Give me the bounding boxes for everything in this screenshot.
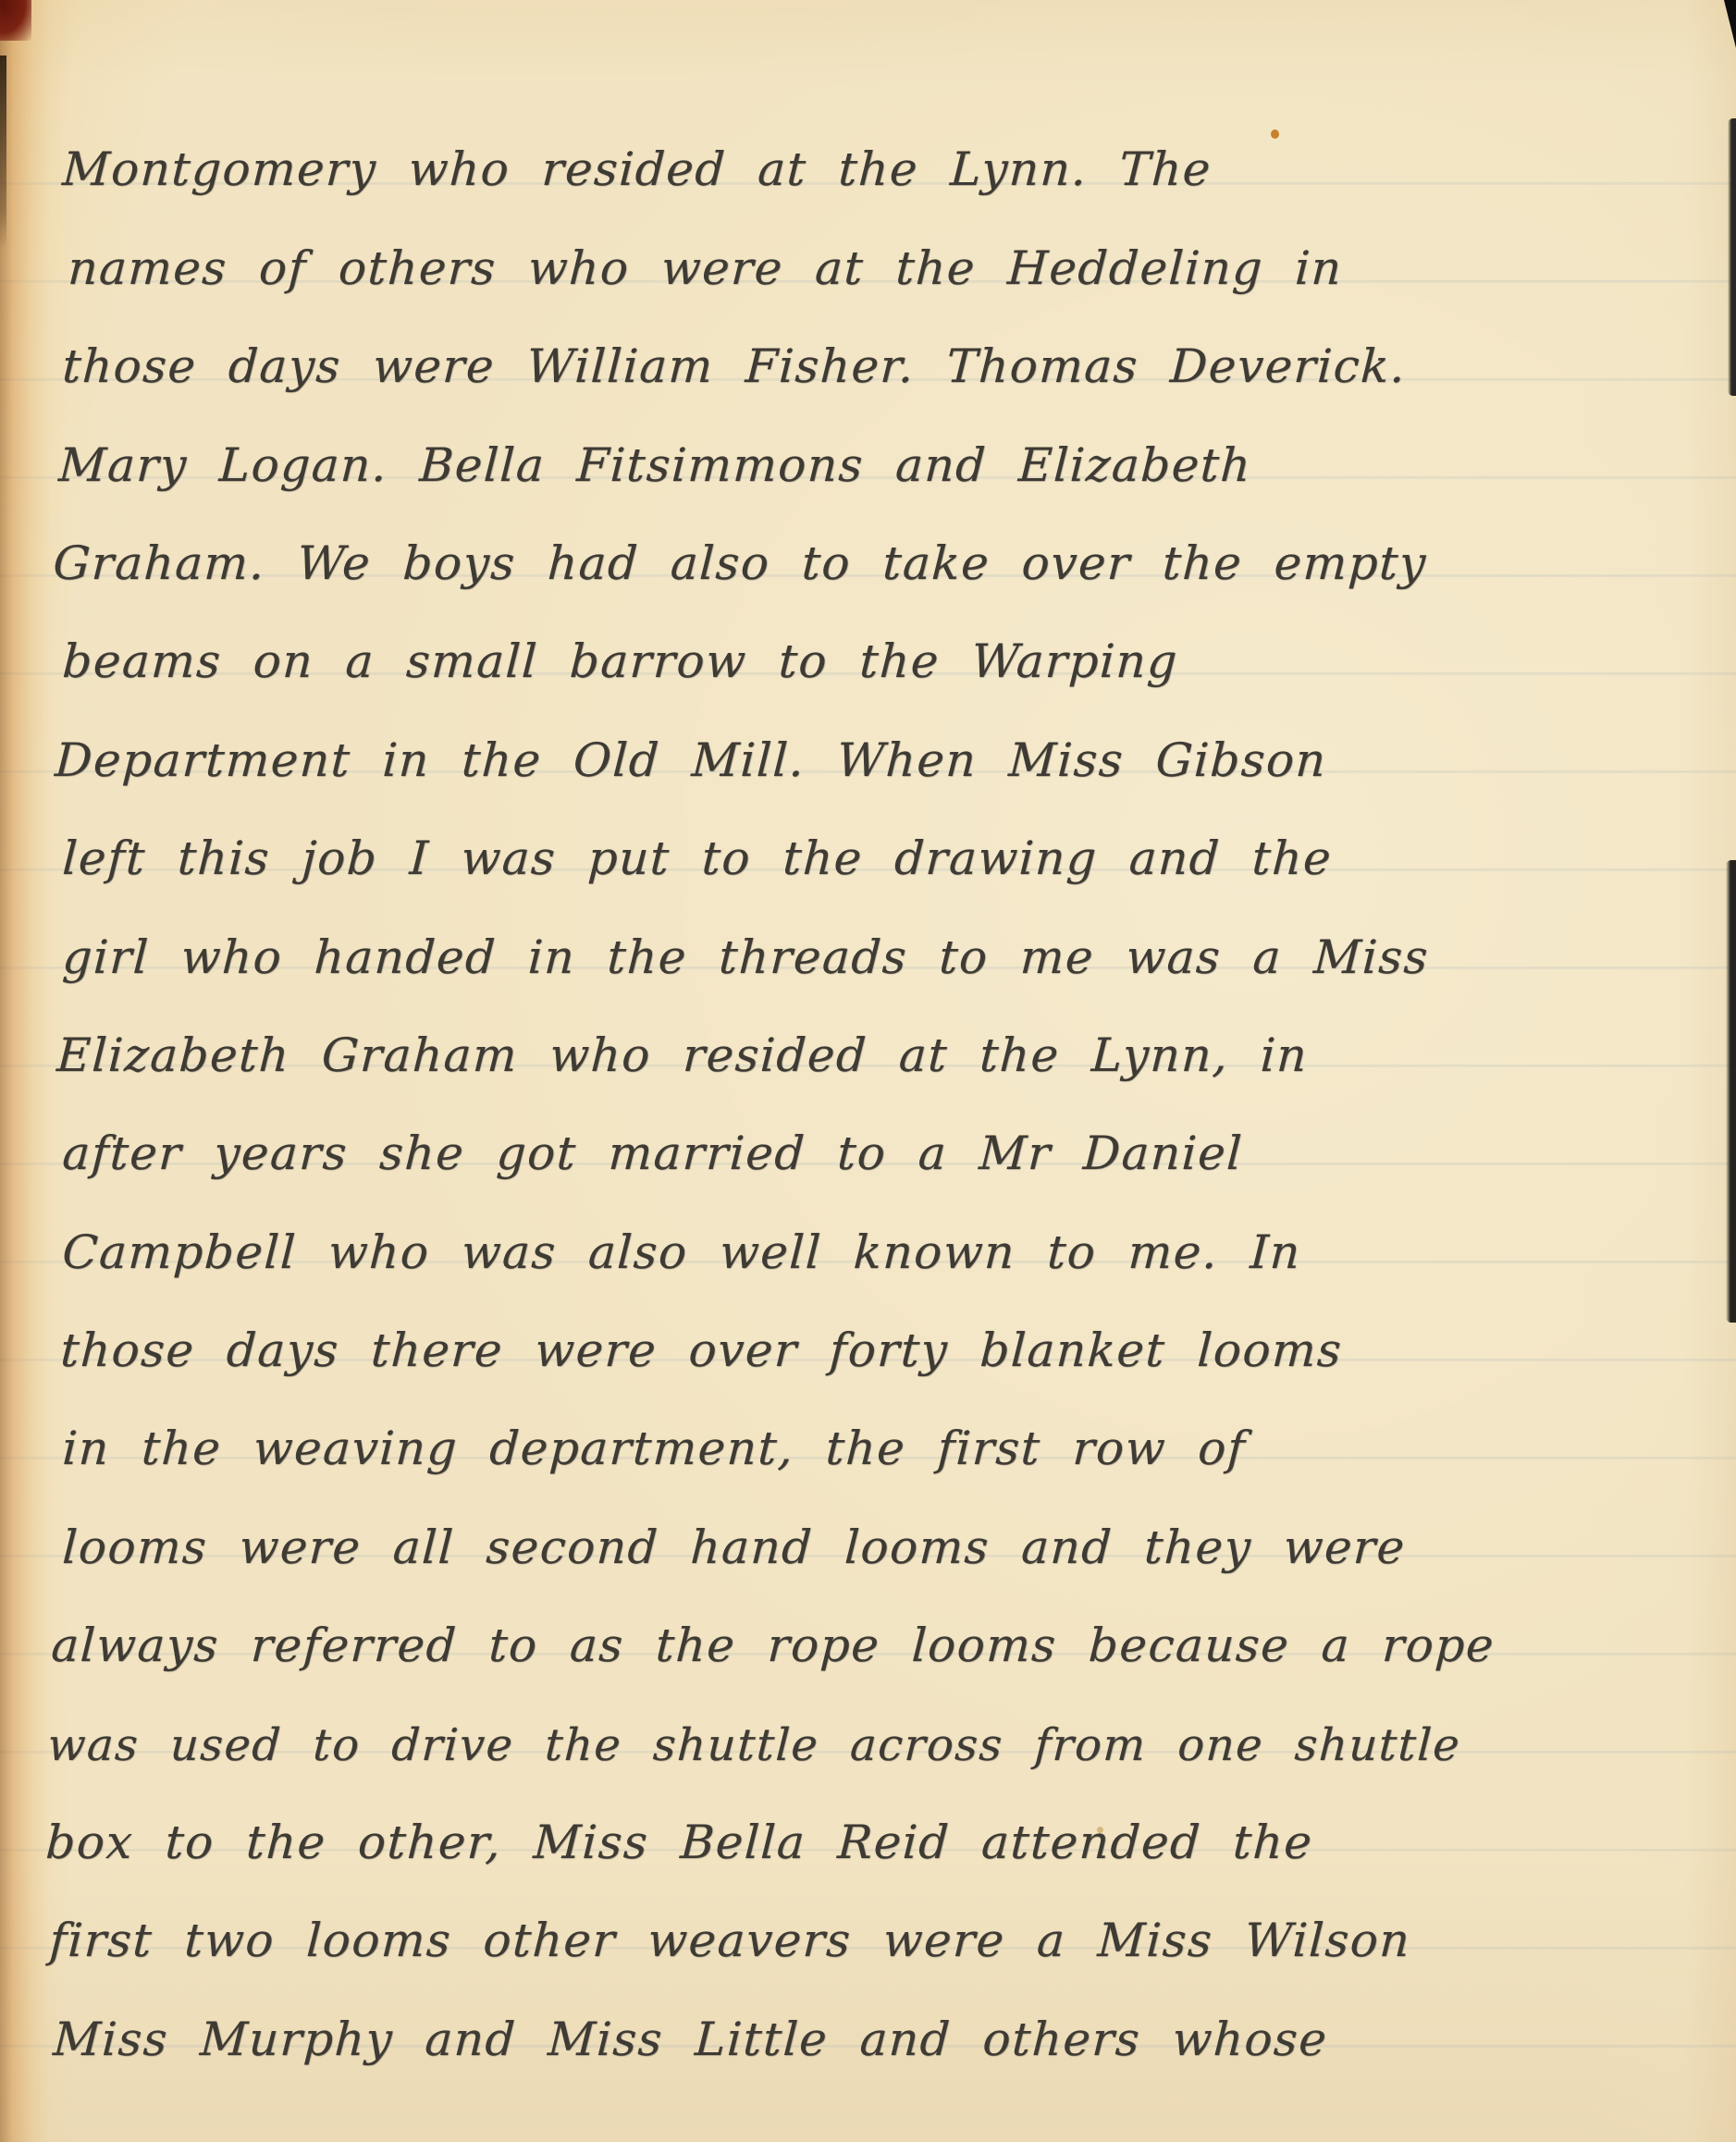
line-text: in the weaving department, the first row… — [61, 1422, 1248, 1475]
line-text: those days there were over forty blanket… — [59, 1323, 1344, 1377]
line-text: Department in the Old Mill. When Miss Gi… — [54, 733, 1328, 787]
line-text: those days were William Fisher. Thomas D… — [61, 339, 1408, 393]
line-text: Graham. We boys had also to take over th… — [52, 536, 1428, 590]
line-text: Montgomery who resided at the Lynn. The — [61, 142, 1213, 196]
line-text: beams on a small barrow to the Warping — [61, 634, 1179, 688]
top-left-corner-stain — [0, 0, 31, 41]
line-text: after years she got married to a Mr Dani… — [61, 1126, 1244, 1180]
line-text: girl who handed in the threads to me was… — [61, 930, 1430, 984]
handwritten-line-16: always referred to as the rope looms bec… — [61, 1563, 1708, 1661]
handwritten-line-10: Elizabeth Graham who resided at the Lynn… — [61, 973, 1708, 1071]
line-text: left this job I was put to the drawing a… — [61, 831, 1334, 885]
handwritten-line-20: Miss Murphy and Miss Little and others w… — [61, 1956, 1708, 2054]
handwritten-line-4: Mary Logan. Bella Fitsimmons and Elizabe… — [61, 382, 1708, 480]
handwritten-line-8: left this job I was put to the drawing a… — [61, 776, 1708, 874]
handwritten-line-11: after years she got married to a Mr Dani… — [61, 1071, 1708, 1169]
handwritten-line-9: girl who handed in the threads to me was… — [61, 874, 1708, 972]
handwritten-line-13: those days there were over forty blanket… — [61, 1268, 1708, 1366]
handwriting-text: Montgomery who resided at the Lynn. The … — [61, 87, 1708, 2055]
right-page-edge-shadow-upper — [1728, 118, 1736, 396]
handwritten-line-7: Department in the Old Mill. When Miss Gi… — [61, 677, 1708, 775]
line-text: first two looms other weavers were a Mis… — [48, 1914, 1412, 1967]
handwritten-line-5: Graham. We boys had also to take over th… — [61, 481, 1708, 579]
line-text: Elizabeth Graham who resided at the Lynn… — [55, 1028, 1310, 1082]
line-text: Miss Murphy and Miss Little and others w… — [52, 2013, 1329, 2066]
handwritten-line-2: names of others who were at the Heddelin… — [61, 185, 1708, 283]
line-text: Campbell who was also well known to me. … — [61, 1225, 1302, 1279]
line-text: was used to drive the shuttle across fro… — [46, 1719, 1462, 1771]
manuscript-page: Montgomery who resided at the Lynn. The … — [0, 0, 1736, 2142]
handwritten-line-3: those days were William Fisher. Thomas D… — [61, 284, 1708, 382]
handwritten-line-12: Campbell who was also well known to me. … — [61, 1169, 1708, 1267]
handwritten-line-1: Montgomery who resided at the Lynn. The — [61, 87, 1708, 185]
right-page-edge-shadow-lower — [1726, 860, 1736, 1323]
line-text: names of others who were at the Heddelin… — [67, 241, 1344, 295]
line-text: looms were all second hand looms and the… — [61, 1520, 1407, 1574]
left-edge-shadow — [0, 55, 6, 250]
handwritten-line-6: beams on a small barrow to the Warping — [61, 579, 1708, 677]
line-text: always referred to as the rope looms bec… — [50, 1619, 1496, 1672]
handwritten-line-15: looms were all second hand looms and the… — [61, 1464, 1708, 1562]
handwritten-line-14: in the weaving department, the first row… — [61, 1366, 1708, 1464]
handwritten-line-18: box to the other, Miss Bella Reid attend… — [61, 1760, 1708, 1858]
line-text: box to the other, Miss Bella Reid attend… — [44, 1816, 1314, 1869]
top-right-page-edge — [1718, 0, 1736, 48]
line-text: Mary Logan. Bella Fitsimmons and Elizabe… — [57, 438, 1253, 492]
handwritten-line-17: was used to drive the shuttle across fro… — [61, 1661, 1708, 1759]
handwritten-line-19: first two looms other weavers were a Mis… — [61, 1858, 1708, 1956]
